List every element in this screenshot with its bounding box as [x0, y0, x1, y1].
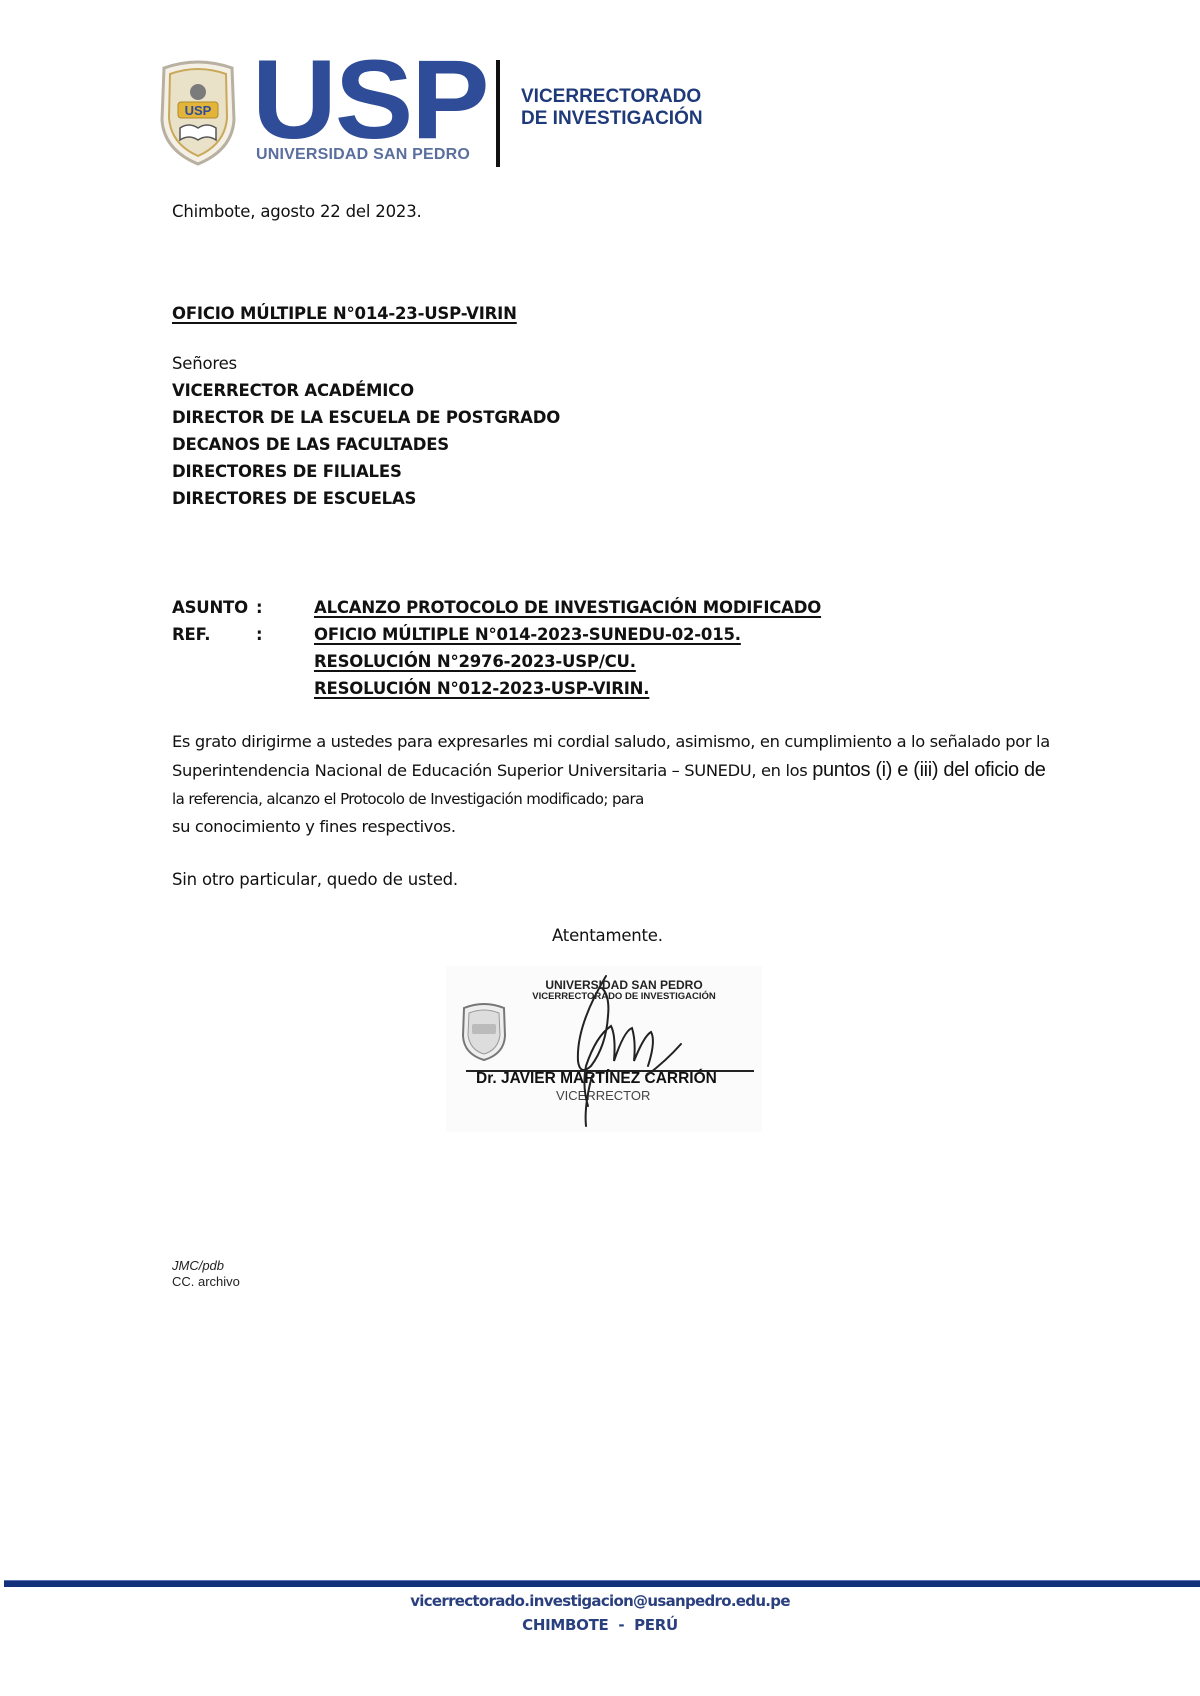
usp-logo-wordmark: USP — [252, 50, 488, 150]
ref-label: REF. — [172, 621, 210, 648]
university-crest-logo: USP — [156, 58, 240, 166]
copy-note: CC. archivo — [172, 1274, 240, 1290]
body-text-small: la referencia, alcanzo el Protocolo de I… — [172, 790, 644, 808]
ref-colon: : — [256, 621, 262, 648]
office-title: VICERRECTORADO DE INVESTIGACIÓN — [521, 86, 703, 130]
footer-divider — [4, 1580, 1200, 1587]
body-text-large: puntos (i) e (iii) del oficio de — [812, 759, 1045, 781]
reference: OFICIO MÚLTIPLE N°014-2023-SUNEDU-02-015… — [314, 621, 741, 648]
body-paragraph: Es grato dirigirme a ustedes para expres… — [172, 728, 1058, 841]
reference: RESOLUCIÓN N°2976-2023-USP/CU. — [314, 648, 636, 675]
stamp-seal-icon — [460, 1002, 508, 1062]
office-title-line2: DE INVESTIGACIÓN — [521, 108, 703, 130]
recipient: VICERRECTOR ACADÉMICO — [172, 377, 414, 404]
signature-stamp: UNIVERSIDAD SAN PEDRO VICERRECTORADO DE … — [446, 966, 762, 1132]
office-title-line1: VICERRECTORADO — [521, 86, 703, 108]
university-name: UNIVERSIDAD SAN PEDRO — [256, 146, 470, 164]
letter-title: OFICIO MÚLTIPLE N°014-23-USP-VIRIN — [172, 300, 517, 327]
letter-date: Chimbote, agosto 22 del 2023. — [172, 198, 422, 225]
header-divider — [496, 60, 500, 167]
reference-initials: JMC/pdb CC. archivo — [172, 1258, 240, 1290]
body-text: su conocimiento y fines respectivos. — [172, 817, 456, 836]
recipient: DIRECTOR DE LA ESCUELA DE POSTGRADO — [172, 404, 560, 431]
svg-text:USP: USP — [185, 103, 212, 118]
subject-label: ASUNTO — [172, 594, 248, 621]
recipient: DIRECTORES DE ESCUELAS — [172, 485, 416, 512]
sign-off: Atentamente. — [552, 922, 663, 949]
reference: RESOLUCIÓN N°012-2023-USP-VIRIN. — [314, 675, 649, 702]
author-initials: JMC/pdb — [172, 1258, 240, 1274]
subject-colon: : — [256, 594, 262, 621]
subject-value: ALCANZO PROTOCOLO DE INVESTIGACIÓN MODIF… — [314, 594, 821, 621]
footer-location: CHIMBOTE - PERÚ — [0, 1616, 1200, 1634]
closing-line: Sin otro particular, quedo de usted. — [172, 866, 458, 893]
recipient: DIRECTORES DE FILIALES — [172, 458, 402, 485]
handwritten-signature-icon — [536, 966, 686, 1132]
salutation: Señores — [172, 350, 237, 377]
recipient: DECANOS DE LAS FACULTADES — [172, 431, 449, 458]
footer-email-link[interactable]: vicerrectorado.investigacion@usanpedro.e… — [0, 1592, 1200, 1610]
